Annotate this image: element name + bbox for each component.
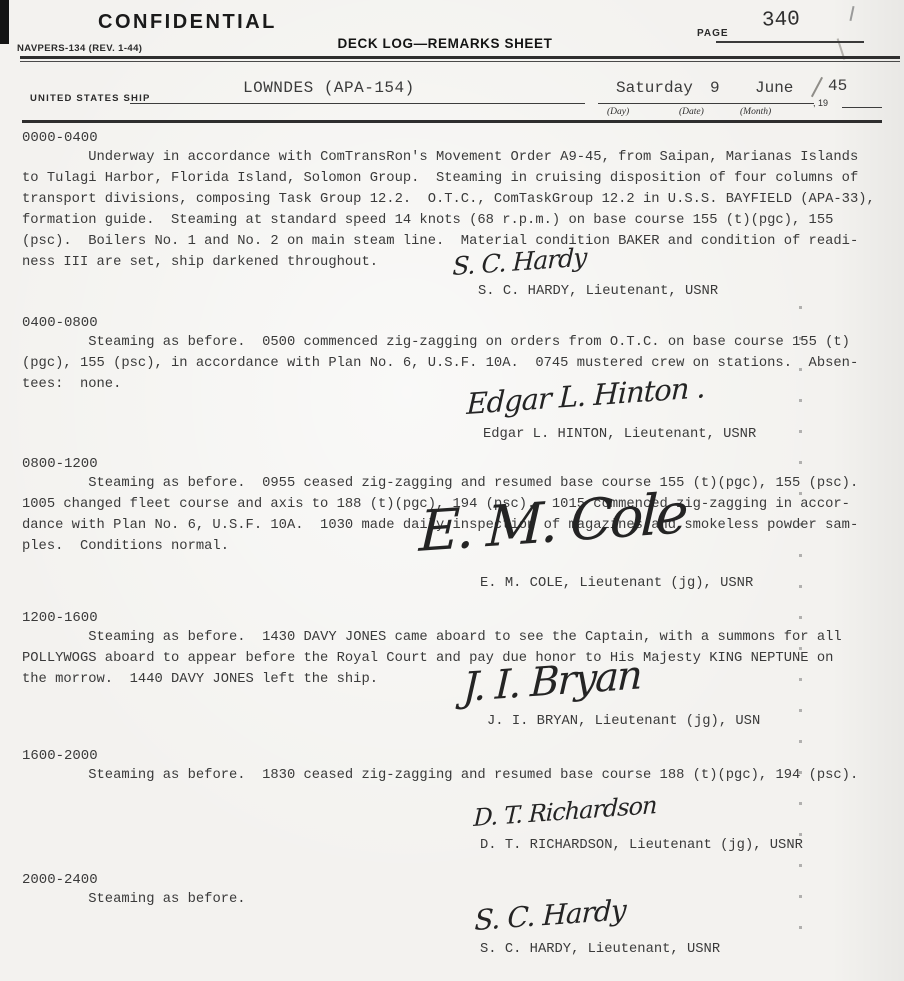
ship-name-underline: [130, 103, 585, 104]
date-caption: (Date): [679, 107, 704, 117]
entry-time-range: 2000-2400: [22, 872, 98, 888]
date-date-typed: 9: [710, 79, 720, 97]
date-year-typed: 45: [828, 77, 847, 95]
entry-text: Steaming as before. 1830 ceased zig-zagg…: [22, 765, 890, 786]
log-entry-1200-1600: 1200-1600 Steaming as before. 1430 DAVY …: [0, 610, 904, 748]
log-entry-0400-0800: 0400-0800 Steaming as before. 0500 comme…: [0, 315, 904, 456]
entry-time-range: 1200-1600: [22, 610, 98, 626]
classification-stamp: CONFIDENTIAL: [98, 11, 277, 34]
month-caption: (Month): [740, 107, 771, 117]
scan-artifact-pencil-tick: [849, 6, 854, 21]
scan-artifact-year-slash: [811, 77, 823, 97]
date-underline: [598, 103, 814, 104]
header-rule-thin: [20, 61, 900, 62]
page-number-handwritten: 340: [762, 8, 801, 32]
day-caption: (Day): [607, 107, 629, 117]
log-entry-1600-2000: 1600-2000 Steaming as before. 1830 cease…: [0, 748, 904, 872]
signature-typed: D. T. RICHARDSON, Lieutenant (jg), USNR: [480, 838, 803, 853]
log-entry-2000-2400: 2000-2400 Steaming as before. S. C. Hard…: [0, 872, 904, 981]
entry-time-range: 0800-1200: [22, 456, 98, 472]
entry-time-range: 1600-2000: [22, 748, 98, 764]
entry-text: Steaming as before. 1430 DAVY JONES came…: [22, 627, 890, 690]
deck-log-page: CONFIDENTIAL PAGE 340 NAVPERS-134 (REV. …: [0, 0, 904, 981]
ship-name-typed: LOWNDES (APA-154): [243, 79, 415, 97]
date-day-typed: Saturday: [616, 79, 693, 97]
signature-typed: J. I. BRYAN, Lieutenant (jg), USN: [487, 714, 760, 729]
scan-artifact-corner-bar: [0, 0, 9, 44]
page-label: PAGE: [697, 28, 729, 39]
year-underline: [842, 107, 882, 108]
form-number: NAVPERS-134 (REV. 1-44): [17, 43, 142, 54]
signature-typed: S. C. HARDY, Lieutenant, USNR: [478, 284, 718, 299]
log-entry-0000-0400: 0000-0400 Underway in accordance with Co…: [0, 130, 904, 315]
entry-time-range: 0400-0800: [22, 315, 98, 331]
entry-text: Steaming as before. 0500 commenced zig-z…: [22, 332, 890, 395]
header-rule: [20, 56, 900, 59]
signature-typed: S. C. HARDY, Lieutenant, USNR: [480, 942, 720, 957]
entry-text: Steaming as before.: [22, 889, 890, 910]
year-prefix-label: , 19: [813, 98, 828, 108]
signature-script-richardson: D. T. Richardson: [473, 791, 657, 832]
signature-typed: Edgar L. HINTON, Lieutenant, USNR: [483, 427, 756, 442]
date-month-typed: June: [755, 79, 793, 97]
ship-line-rule: [22, 120, 882, 123]
log-entry-0800-1200: 0800-1200 Steaming as before. 0955 cease…: [0, 456, 904, 610]
entry-time-range: 0000-0400: [22, 130, 98, 146]
page-number-underline: [716, 41, 864, 43]
sheet-title: DECK LOG—REMARKS SHEET: [280, 36, 610, 51]
signature-typed: E. M. COLE, Lieutenant (jg), USNR: [480, 576, 753, 591]
